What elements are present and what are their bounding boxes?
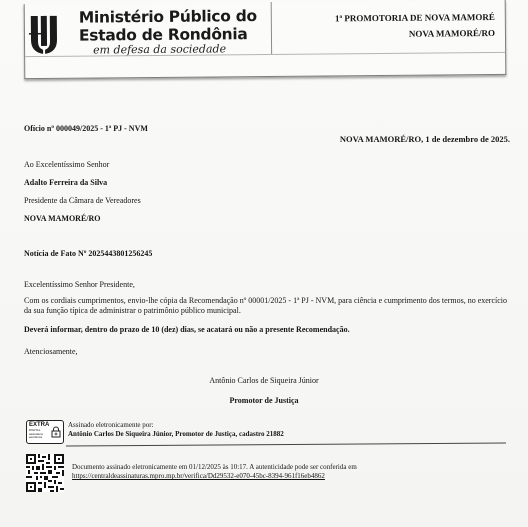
body-paragraph: Com os cordiais cumprimentos, envio-lhe … [24,296,514,316]
signed-by: Antônio Carlos De Siqueira Júnior, Promo… [68,430,284,438]
logo-title: Ministério Público do Estado de Rondônia [79,7,257,45]
signer-name: Antônio Carlos de Siqueira Júnior [0,376,528,385]
stamp-caption-text: assinatura eletrônica [29,432,43,440]
signed-by-label: Assinado eletronicamente por: [68,421,154,429]
place-date: NOVA MAMORÉ/RO, 1 de dezembro de 2025. [340,134,510,144]
recipient-role: Presidente da Câmara de Vereadores [24,196,141,205]
recipient-name: Adalto Ferreira da Silva [24,178,107,187]
org-city: NOVA MAMORÉ/RO [409,28,495,39]
lock-icon [51,426,61,438]
closing: Atenciosamente, [24,347,78,356]
greeting: Excelentíssimo Senhor Presidente, [24,280,135,289]
verification-text: Documento assinado eletronicamente em 01… [72,463,357,471]
signer-title: Promotor de Justiça [0,396,528,405]
recipient-salutation: Ao Excelentíssimo Senhor [24,160,109,169]
logo-title-line1: Ministério Público do [79,7,257,27]
recipient-city: NOVA MAMORÉ/RO [24,214,101,223]
extra-digital-stamp: EXTRA DIGITAL assinatura eletrônica [26,420,64,444]
deadline-notice: Deverá informar, dentro do prazo de 10 (… [24,325,350,334]
verification-link[interactable]: https://centraldeassinaturas.mpro.mp.br/… [72,472,325,480]
logo-title-line2: Estado de Rondônia [79,25,257,45]
signature-rule [66,442,506,446]
document-page: Ministério Público do Estado de Rondônia… [0,0,528,527]
mp-ro-logo-icon [29,14,59,56]
case-number: Notícia de Fato Nº 2025443801256245 [24,249,152,258]
letterhead: Ministério Público do Estado de Rondônia… [24,0,507,79]
stamp-caption: DIGITAL assinatura eletrônica [29,429,47,440]
org-name: 1ª PROMOTORIA DE NOVA MAMORÉ [335,12,495,23]
letter-reference: Ofício nº 000049/2025 - 1ª PJ - NVM [24,124,148,133]
qr-code-icon[interactable] [26,454,64,492]
header-divider [271,2,272,54]
